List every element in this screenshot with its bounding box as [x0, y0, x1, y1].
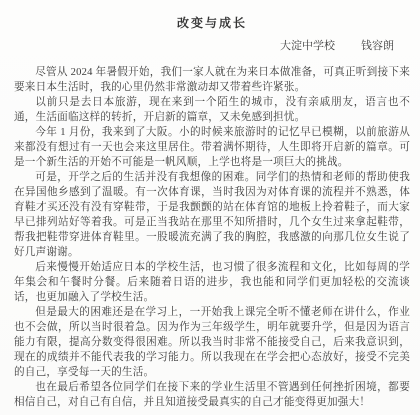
- essay-paragraph: 后来慢慢开始适应日本的学校生活，也习惯了很多流程和文化，比如每周的学年集会和午餐…: [14, 260, 410, 305]
- essay-paragraph: 但是最大的困难还是在学习上，一开始我上课完全听不懂老师在讲什么，作业也不会做，所…: [14, 305, 410, 380]
- essay-paragraph: 尽管从 2024 年暑假开始，我们一家人就在为来日本做准备，可真正听到接下来要来…: [14, 65, 410, 95]
- essay-body: 尽管从 2024 年暑假开始，我们一家人就在为来日本做准备，可真正听到接下来要来…: [14, 65, 410, 410]
- byline-school: 大淀中学校: [280, 40, 335, 52]
- essay-byline: 大淀中学校钱容朗: [14, 37, 410, 53]
- byline-author: 钱容朗: [361, 40, 394, 52]
- essay-paragraph: 可是，开学之后的生活并没有我想像的困难。同学们的热情和老师的帮助使我在异国他乡感…: [14, 170, 410, 260]
- essay-title: 改变与成长: [14, 14, 410, 31]
- essay-paragraph: 今年 1 月份，我来到了大阪。小的时候来旅游时的记忆早已模糊，以前旅游从来都没有…: [14, 125, 410, 170]
- essay-page: 改变与成长 大淀中学校钱容朗 尽管从 2024 年暑假开始，我们一家人就在为来日…: [0, 0, 420, 415]
- essay-paragraph: 也在最后希望各位同学们在接下来的学业生活里不管遇到任何挫折困境，都要相信自己，对…: [14, 380, 410, 410]
- essay-paragraph: 以前只是去日本旅游，现在来到一个陌生的城市，没有亲戚朋友，语言也不通，生活面临这…: [14, 95, 410, 125]
